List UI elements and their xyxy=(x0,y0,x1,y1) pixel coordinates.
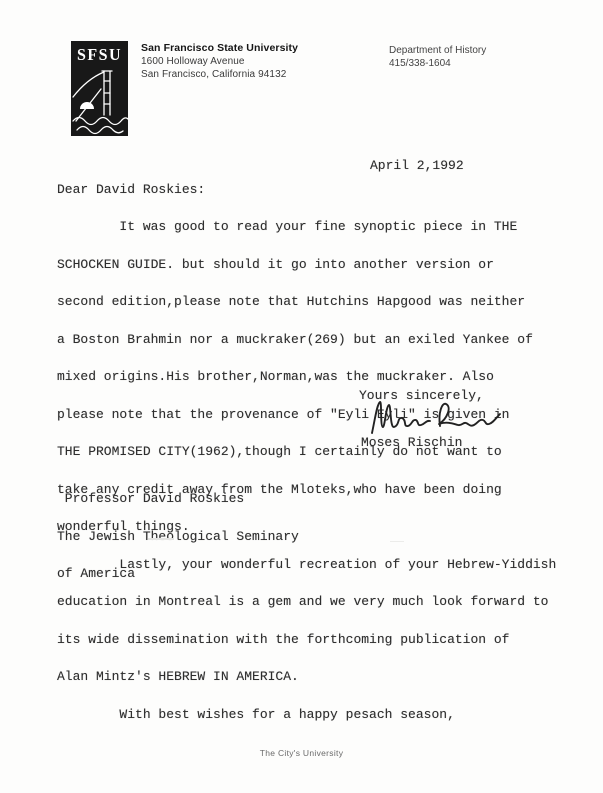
recipient-org-line-1: The Jewish Theological Seminary xyxy=(57,531,299,544)
letter-page: SFSU San Francisco State Un xyxy=(0,0,603,793)
sfsu-logo: SFSU xyxy=(71,41,128,136)
logo-text-glyph: SFSU xyxy=(77,45,122,64)
department-phone: 415/338-1604 xyxy=(389,57,486,70)
address-line-1: 1600 Holloway Avenue xyxy=(141,55,298,68)
letter-date: April 2,1992 xyxy=(370,160,464,173)
body-line: its wide dissemination with the forthcom… xyxy=(57,634,556,647)
body-line: It was good to read your fine synoptic p… xyxy=(57,221,556,234)
salutation: Dear David Roskies: xyxy=(57,184,205,197)
footer-tagline: The City's University xyxy=(0,748,603,758)
golden-gate-bridge-icon: SFSU xyxy=(71,41,128,136)
body-line: With best wishes for a happy pesach seas… xyxy=(57,709,556,722)
body-line: mixed origins.His brother,Norman,was the… xyxy=(57,371,556,384)
scan-artifact xyxy=(390,541,404,542)
body-line: THE PROMISED CITY(1962),though I certain… xyxy=(57,446,556,459)
recipient-block: Professor David Roskies The Jewish Theol… xyxy=(57,468,299,606)
body-line: second edition,please note that Hutchins… xyxy=(57,296,556,309)
handwritten-signature xyxy=(366,397,506,439)
university-name: San Francisco State University xyxy=(141,42,298,55)
letterhead-address-block: San Francisco State University 1600 Holl… xyxy=(141,42,298,81)
typed-signature-name: Moses Rischin xyxy=(361,437,462,450)
recipient-org-line-2: of America xyxy=(57,568,299,581)
body-line: a Boston Brahmin nor a muckraker(269) bu… xyxy=(57,334,556,347)
department-name: Department of History xyxy=(389,44,486,57)
address-line-2: San Francisco, California 94132 xyxy=(141,68,298,81)
recipient-name: Professor David Roskies xyxy=(57,493,299,506)
body-line: Alan Mintz's HEBREW IN AMERICA. xyxy=(57,671,556,684)
body-line: SCHOCKEN GUIDE. but should it go into an… xyxy=(57,259,556,272)
letterhead-department-block: Department of History 415/338-1604 xyxy=(389,44,486,70)
scan-artifact xyxy=(148,538,174,540)
